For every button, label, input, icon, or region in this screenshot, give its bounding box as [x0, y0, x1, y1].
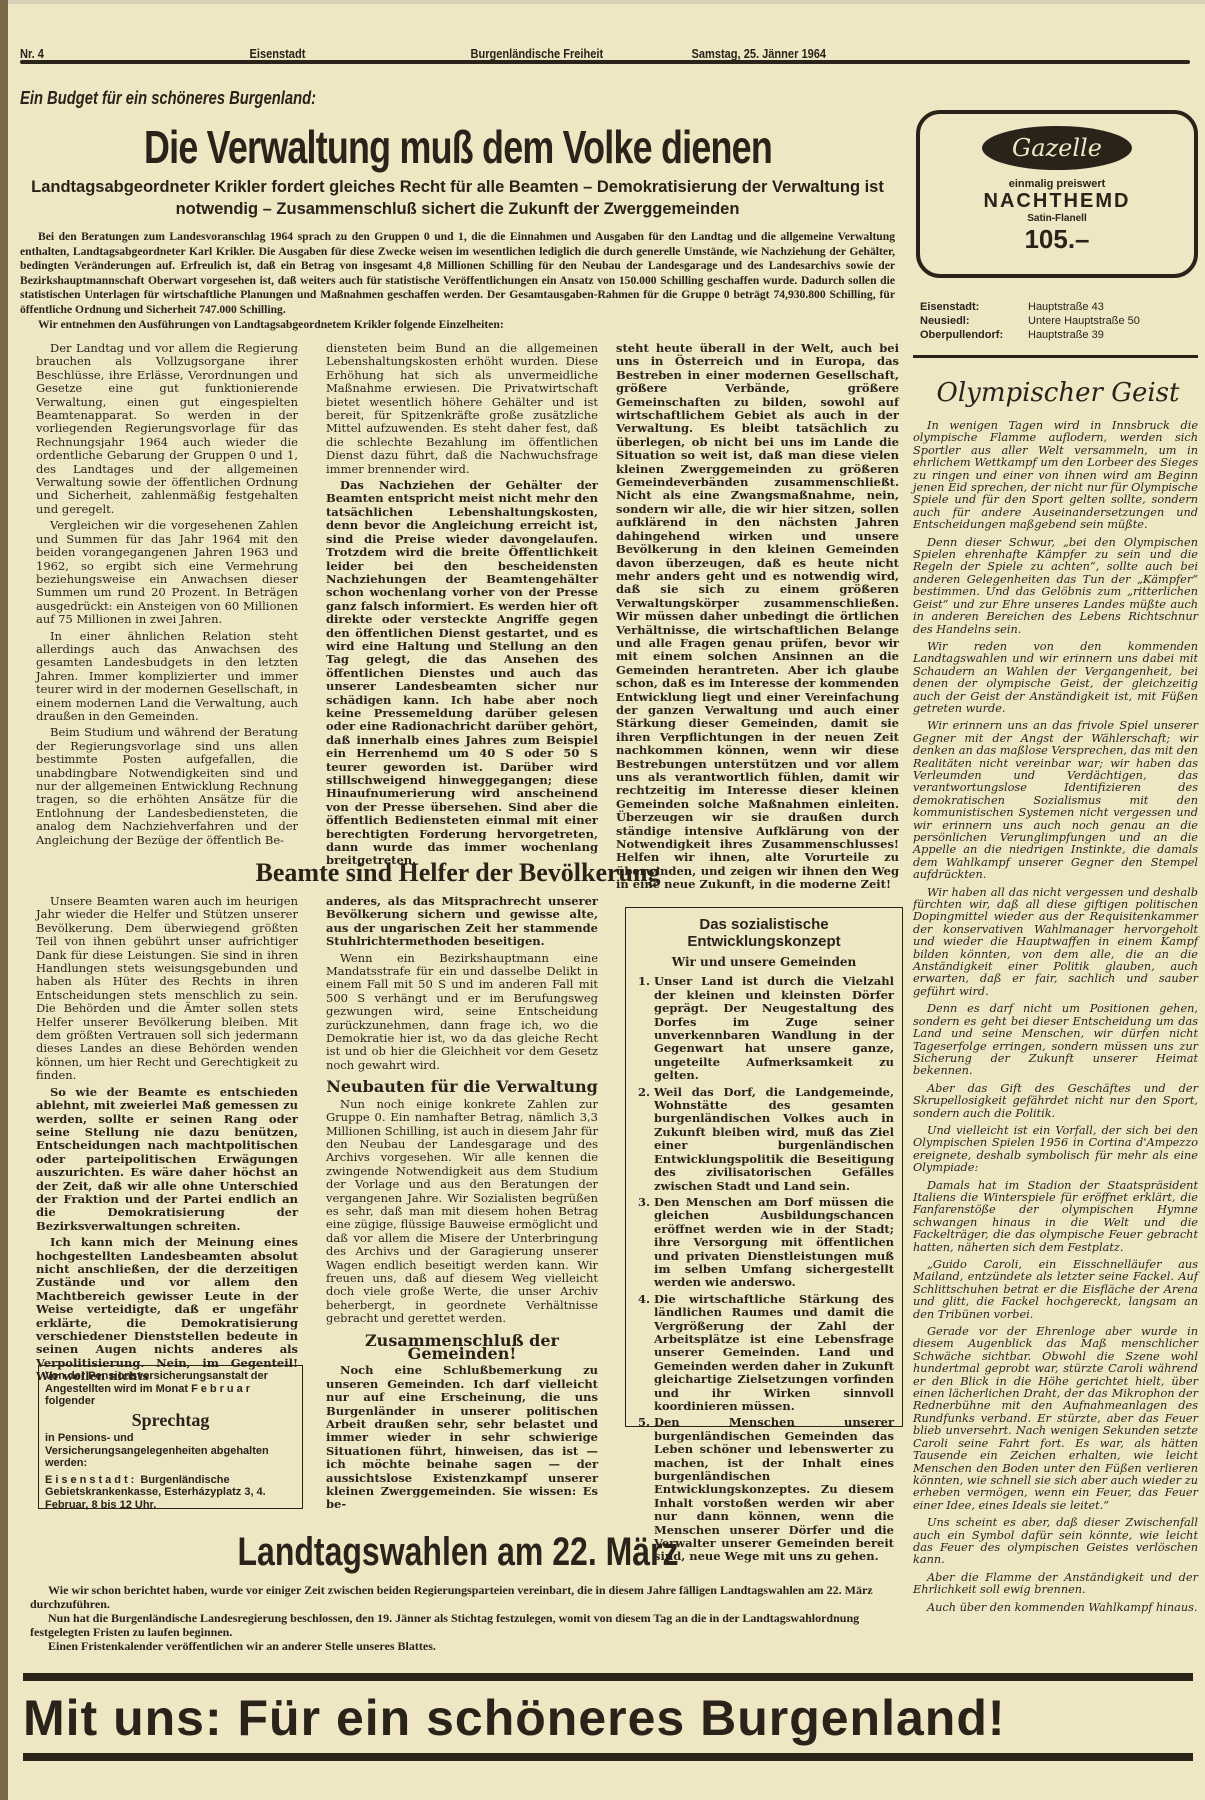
notice-body: in Pensions- und Versicherungsangelegenh… [45, 1432, 296, 1470]
paragraph: Denn dieser Schwur, „bei den Olympischen… [913, 537, 1198, 636]
ad-product: NACHTHEMD [920, 190, 1194, 213]
ad-addresses: Eisenstadt:Hauptstraße 43 Neusiedl:Unter… [920, 300, 1200, 342]
paragraph: Wir reden von den kommenden Landtagswahl… [913, 641, 1198, 715]
paragraph: Beim Studium und während der Beratung de… [36, 726, 298, 847]
main-subhead: Landtagsabgeordneter Krikler fordert gle… [20, 176, 895, 220]
notice-title: Sprechtag [45, 1414, 296, 1427]
paragraph: Denn es darf nicht um Positionen gehen, … [913, 1003, 1198, 1077]
paragraph: So wie der Beamte es entschieden ablehnt… [36, 1086, 298, 1233]
paragraph: Unsere Beamten waren auch im heurigen Ja… [36, 895, 298, 1083]
entwicklungskonzept-box: Das sozialistische Entwicklungskonzept W… [625, 907, 903, 1427]
election-headline: Landtagswahlen am 22. März [98, 1530, 818, 1575]
paragraph: Aber die Flamme der Anständigkeit und de… [913, 1572, 1198, 1597]
paragraph: Der Landtag und vor allem die Regierung … [36, 342, 298, 516]
lead-intro: Wir entnehmen den Ausführungen von Landt… [20, 318, 895, 333]
paragraph: Nun hat die Burgenländische Landesregier… [30, 1611, 910, 1639]
olympic-column: In wenigen Tagen wird in Innsbruck die o… [913, 420, 1198, 1619]
lead-paragraph: Bei den Beratungen zum Landesvoranschlag… [20, 230, 895, 318]
paragraph: Wie wir schon berichtet haben, wurde vor… [30, 1583, 910, 1611]
notice-details: Eisenstadt: Burgenländische Gebietskrank… [45, 1474, 296, 1512]
subheading-neubauten: Neubauten für die Verwaltung [326, 1080, 598, 1093]
paragraph: Wir haben all das nicht vergessen und de… [913, 887, 1198, 999]
paragraph: „Guido Caroli, ein Eisschnelläufer aus M… [913, 1259, 1198, 1321]
article-lead: Bei den Beratungen zum Landesvoranschlag… [20, 230, 895, 332]
paragraph: Wenn ein Bezirkshauptmann eine Mandatsst… [326, 952, 598, 1073]
slogan-rule-bottom [23, 1753, 1193, 1761]
paragraph: Und vielleicht ist ein Vorfall, der sich… [913, 1125, 1198, 1175]
ad-address-row: Neusiedl:Untere Hauptstraße 50 [920, 314, 1200, 328]
paragraph: In wenigen Tagen wird in Innsbruck die o… [913, 420, 1198, 532]
election-body: Wie wir schon berichtet haben, wurde vor… [30, 1583, 910, 1653]
article-column-2: diensteten beim Bund an die allgemeinen … [326, 342, 598, 871]
article-kicker: Ein Budget für ein schöneres Burgenland: [20, 88, 316, 109]
concept-title: Das sozialistische Entwicklungskonzept [634, 916, 894, 950]
concept-list: Unser Land ist durch die Vielzahl der kl… [634, 975, 894, 1563]
masthead-paper: Burgenländische Freiheit [471, 46, 604, 61]
ad-price: 105.– [920, 224, 1194, 255]
olympic-title: Olympischer Geist [908, 378, 1205, 408]
paragraph: Damals hat im Stadion der Staatspräsiden… [913, 1180, 1198, 1254]
paragraph: Ich kann mich der Meinung eines hochgest… [36, 1236, 298, 1383]
paragraph: Das Nachziehen der Gehälter der Beamten … [326, 479, 598, 868]
paragraph: Vergleichen wir die vorgesehenen Zahlen … [36, 519, 298, 626]
masthead-date: Samstag, 25. Jänner 1964 [692, 46, 827, 61]
ad-tagline: einmalig preiswert [920, 178, 1194, 190]
paragraph: Uns scheint es aber, daß dieser Zwischen… [913, 1517, 1198, 1567]
sprechtag-notice-box: Von der Pensionsversicherungsanstalt der… [38, 1365, 303, 1509]
concept-item: Weil das Dorf, die Landgemeinde, Wohnstä… [654, 1086, 894, 1193]
concept-item: Den Menschen am Dorf müssen die gleichen… [654, 1196, 894, 1290]
ad-material: Satin-Flanell [920, 213, 1194, 224]
notice-intro: Von der Pensionsversicherungsanstalt der… [45, 1370, 296, 1408]
paragraph: Aber das Gift des Geschäftes und der Skr… [913, 1083, 1198, 1120]
newspaper-page: Nr. 4 Eisenstadt Burgenländische Freihei… [8, 0, 1205, 1800]
concept-item: Die wirtschaftliche Stärkung des ländlic… [654, 1293, 894, 1414]
paragraph: Einen Fristenkalender veröffentlichen wi… [30, 1639, 910, 1653]
gazelle-logo: Gazelle [982, 126, 1132, 170]
gazelle-advertisement: Gazelle einmalig preiswert NACHTHEMD Sat… [916, 110, 1198, 278]
main-headline: Die Verwaltung muß dem Volke dienen [107, 120, 809, 174]
beamte-column-1: Unsere Beamten waren auch im heurigen Ja… [36, 895, 298, 1387]
paragraph: In einer ähnlichen Relation steht allerd… [36, 630, 298, 724]
subheading-zusammenschluss: Zusammenschluß der Gemeinden! [326, 1334, 598, 1361]
slogan-rule-top [23, 1673, 1193, 1681]
paragraph: Nun noch einige konkrete Zahlen zur Grup… [326, 1098, 598, 1326]
paragraph: Auch über den kommenden Wahlkampf hinaus… [913, 1602, 1198, 1614]
concept-subtitle: Wir und unsere Gemeinden [634, 956, 894, 969]
masthead-rule [20, 60, 1190, 64]
paragraph: Gerade vor der Ehrenloge aber wurde in d… [913, 1326, 1198, 1512]
ad-divider [913, 355, 1198, 358]
beamte-column-2: anderes, als das Mitsprachrecht unserer … [326, 895, 598, 1515]
ad-address-row: Oberpullendorf:Hauptstraße 39 [920, 328, 1200, 342]
issue-number: Nr. 4 [20, 46, 44, 61]
paragraph: anderes, als das Mitsprachrecht unserer … [326, 895, 598, 949]
paragraph: Noch eine Schlußbemerkung zu unseren Gem… [326, 1364, 598, 1511]
slogan-banner: Mit uns: Für ein schöneres Burgenland! [23, 1690, 1193, 1746]
concept-item: Unser Land ist durch die Vielzahl der kl… [654, 975, 894, 1082]
paragraph: Wir erinnern uns an das frivole Spiel un… [913, 720, 1198, 881]
page-edge [8, 0, 1205, 4]
paragraph: diensteten beim Bund an die allgemeinen … [326, 342, 598, 476]
section-heading-beamte: Beamte sind Helfer der Bevölkerung [8, 858, 908, 888]
article-column-1: Der Landtag und vor allem die Regierung … [36, 342, 298, 850]
article-column-3: steht heute überall in der Welt, auch be… [616, 342, 899, 895]
ad-address-row: Eisenstadt:Hauptstraße 43 [920, 300, 1200, 314]
paragraph: steht heute überall in der Welt, auch be… [616, 342, 899, 892]
masthead-place: Eisenstadt [250, 46, 306, 61]
